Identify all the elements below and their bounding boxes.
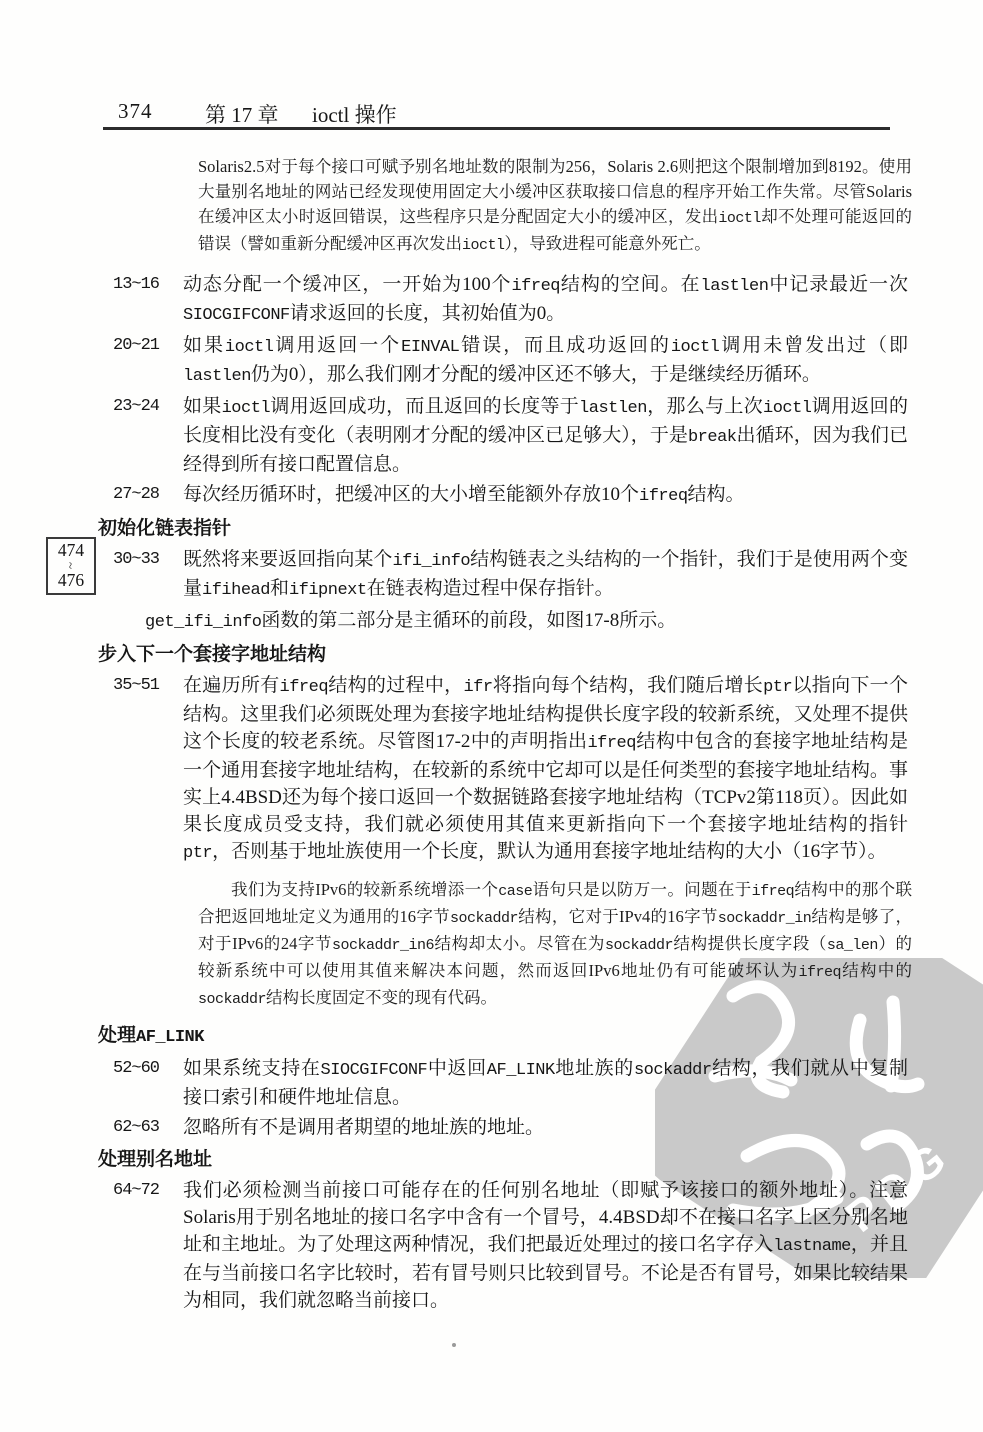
inline-code: break [688,428,737,447]
line-range-label: 64~72 [113,1177,183,1314]
section-heading-handle-alias-addresses: 处理别名地址 [98,1146,908,1173]
header-rule [103,127,890,130]
paragraph-text: 在遍历所有ifreq结构的过程中，ifr将指向每个结构，我们随后增长ptr以指向… [183,672,908,867]
section-heading-step-to-next-sockaddr: 步入下一个套接字地址结构 [98,641,908,668]
margin-page-range-box: 474 ~ 476 [46,537,96,595]
section-heading-init-list-pointers: 初始化链表指针 [98,515,908,542]
inline-code: ptr [183,844,212,863]
inline-code: ioctl [225,338,274,357]
inline-code: lastlen [701,277,769,296]
indented-note-solaris-limit: Solaris2.5对于每个接口可赋予别名地址数的限制为256，Solaris … [198,154,912,258]
chapter-label: 第 17 章 [205,99,279,129]
inline-code: ifreq [280,678,329,697]
inline-code: lastname [773,1237,851,1256]
inline-code: get_ifi_info [145,613,261,632]
inline-code: sockaddr_in [718,910,812,927]
transition-paragraph: get_ifi_info函数的第二部分是主循环的前段，如图17-8所示。 [113,607,908,636]
paragraph-text: 动态分配一个缓冲区，一开始为100个ifreq结构的空间。在lastlen中记录… [183,271,908,329]
inline-code: case [498,883,532,900]
paragraph-text: 如果ioctl调用返回一个EINVAL错误，而且成功返回的ioctl调用未曾发出… [183,332,908,390]
commentary-paragraph: 64~72 我们必须检测当前接口可能存在的任何别名地址（即赋予该接口的额外地址）… [113,1177,908,1314]
commentary-paragraph: 52~60 如果系统支持在SIOCGIFCONF中返回AF_LINK地址族的so… [113,1055,908,1111]
inline-code: sockaddr_in6 [332,937,434,954]
inline-code: EINVAL [401,338,459,357]
line-range-label: 52~60 [113,1055,183,1111]
inline-code: ifihead [202,581,270,600]
inline-code: ptr [763,678,792,697]
inline-code: SIOCGIFCONF [183,306,290,325]
indented-note-ipv6-case: 我们为支持IPv6的较新系统增添一个case语句只是以防万一。问题在于ifreq… [198,877,912,1012]
paragraph-text: 如果系统支持在SIOCGIFCONF中返回AF_LINK地址族的sockaddr… [183,1055,908,1111]
commentary-paragraph: 62~63 忽略所有不是调用者期望的地址族的地址。 [113,1114,908,1141]
commentary-paragraph: 13~16 动态分配一个缓冲区，一开始为100个ifreq结构的空间。在last… [113,271,908,329]
inline-code: ifreq [587,734,636,753]
paragraph-text: 如果ioctl调用返回成功，而且返回的长度等于lastlen，那么与上次ioct… [183,393,908,478]
inline-code: ioctl [718,210,761,227]
inline-code: ioctl [763,399,812,418]
inline-code: ifreq [798,964,841,981]
line-range-label: 20~21 [113,332,183,390]
inline-code: lastlen [579,399,647,418]
inline-code: ifreq [511,277,560,296]
inline-code: ioctl [462,237,505,254]
line-range-label: 27~28 [113,481,183,510]
inline-code: ifreq [639,487,688,506]
body-text-column: Solaris2.5对于每个接口可赋予别名地址数的限制为256，Solaris … [113,154,908,1317]
inline-code: sockaddr [450,910,518,927]
inline-code: ioctl [222,399,271,418]
commentary-paragraph: 20~21 如果ioctl调用返回一个EINVAL错误，而且成功返回的ioctl… [113,332,908,390]
paragraph-text: 既然将来要返回指向某个ifi_info结构链表之头结构的一个指针，我们于是使用两… [183,546,908,604]
line-range-label: 23~24 [113,393,183,478]
commentary-paragraph: 23~24 如果ioctl调用返回成功，而且返回的长度等于lastlen，那么与… [113,393,908,478]
inline-code: ifi_info [392,552,470,571]
line-range-label: 13~16 [113,271,183,329]
inline-code: ifr [463,678,492,697]
commentary-paragraph: 35~51 在遍历所有ifreq结构的过程中，ifr将指向每个结构，我们随后增长… [113,672,908,867]
inline-code: sockaddr [634,1061,712,1080]
page-number: 374 [118,99,153,124]
inline-code: lastlen [183,367,251,386]
inline-code: ioctl [671,338,720,357]
paragraph-text: 忽略所有不是调用者期望的地址族的地址。 [183,1114,908,1141]
commentary-paragraph: 30~33 既然将来要返回指向某个ifi_info结构链表之头结构的一个指针，我… [113,546,908,604]
paragraph-text: 每次经历循环时，把缓冲区的大小增至能额外存放10个ifreq结构。 [183,481,908,510]
inline-code: AF_LINK [136,1028,204,1047]
inline-code: ifreq [752,883,795,900]
inline-code: SIOCGIFCONF [321,1061,428,1080]
inline-code: ifipnext [289,581,367,600]
paragraph-text: 我们必须检测当前接口可能存在的任何别名地址（即赋予该接口的额外地址）。注意Sol… [183,1177,908,1314]
commentary-paragraph: 27~28 每次经历循环时，把缓冲区的大小增至能额外存放10个ifreq结构。 [113,481,908,510]
section-heading-handle-af-link: 处理AF_LINK [98,1022,908,1051]
scan-speck [452,1343,456,1347]
inline-code: AF_LINK [487,1061,555,1080]
inline-code: sockaddr [605,937,673,954]
chapter-title: ioctl 操作 [312,99,397,129]
line-range-label: 35~51 [113,672,183,867]
line-range-label: 62~63 [113,1114,183,1141]
book-page: 374 第 17 章 ioctl 操作 474 ~ 476 PDG Solari… [0,0,983,1432]
inline-code: sockaddr [198,991,266,1008]
inline-code: sa_len [827,937,878,954]
range-tilde-icon: ~ [66,543,77,589]
line-range-label: 30~33 [113,546,183,604]
